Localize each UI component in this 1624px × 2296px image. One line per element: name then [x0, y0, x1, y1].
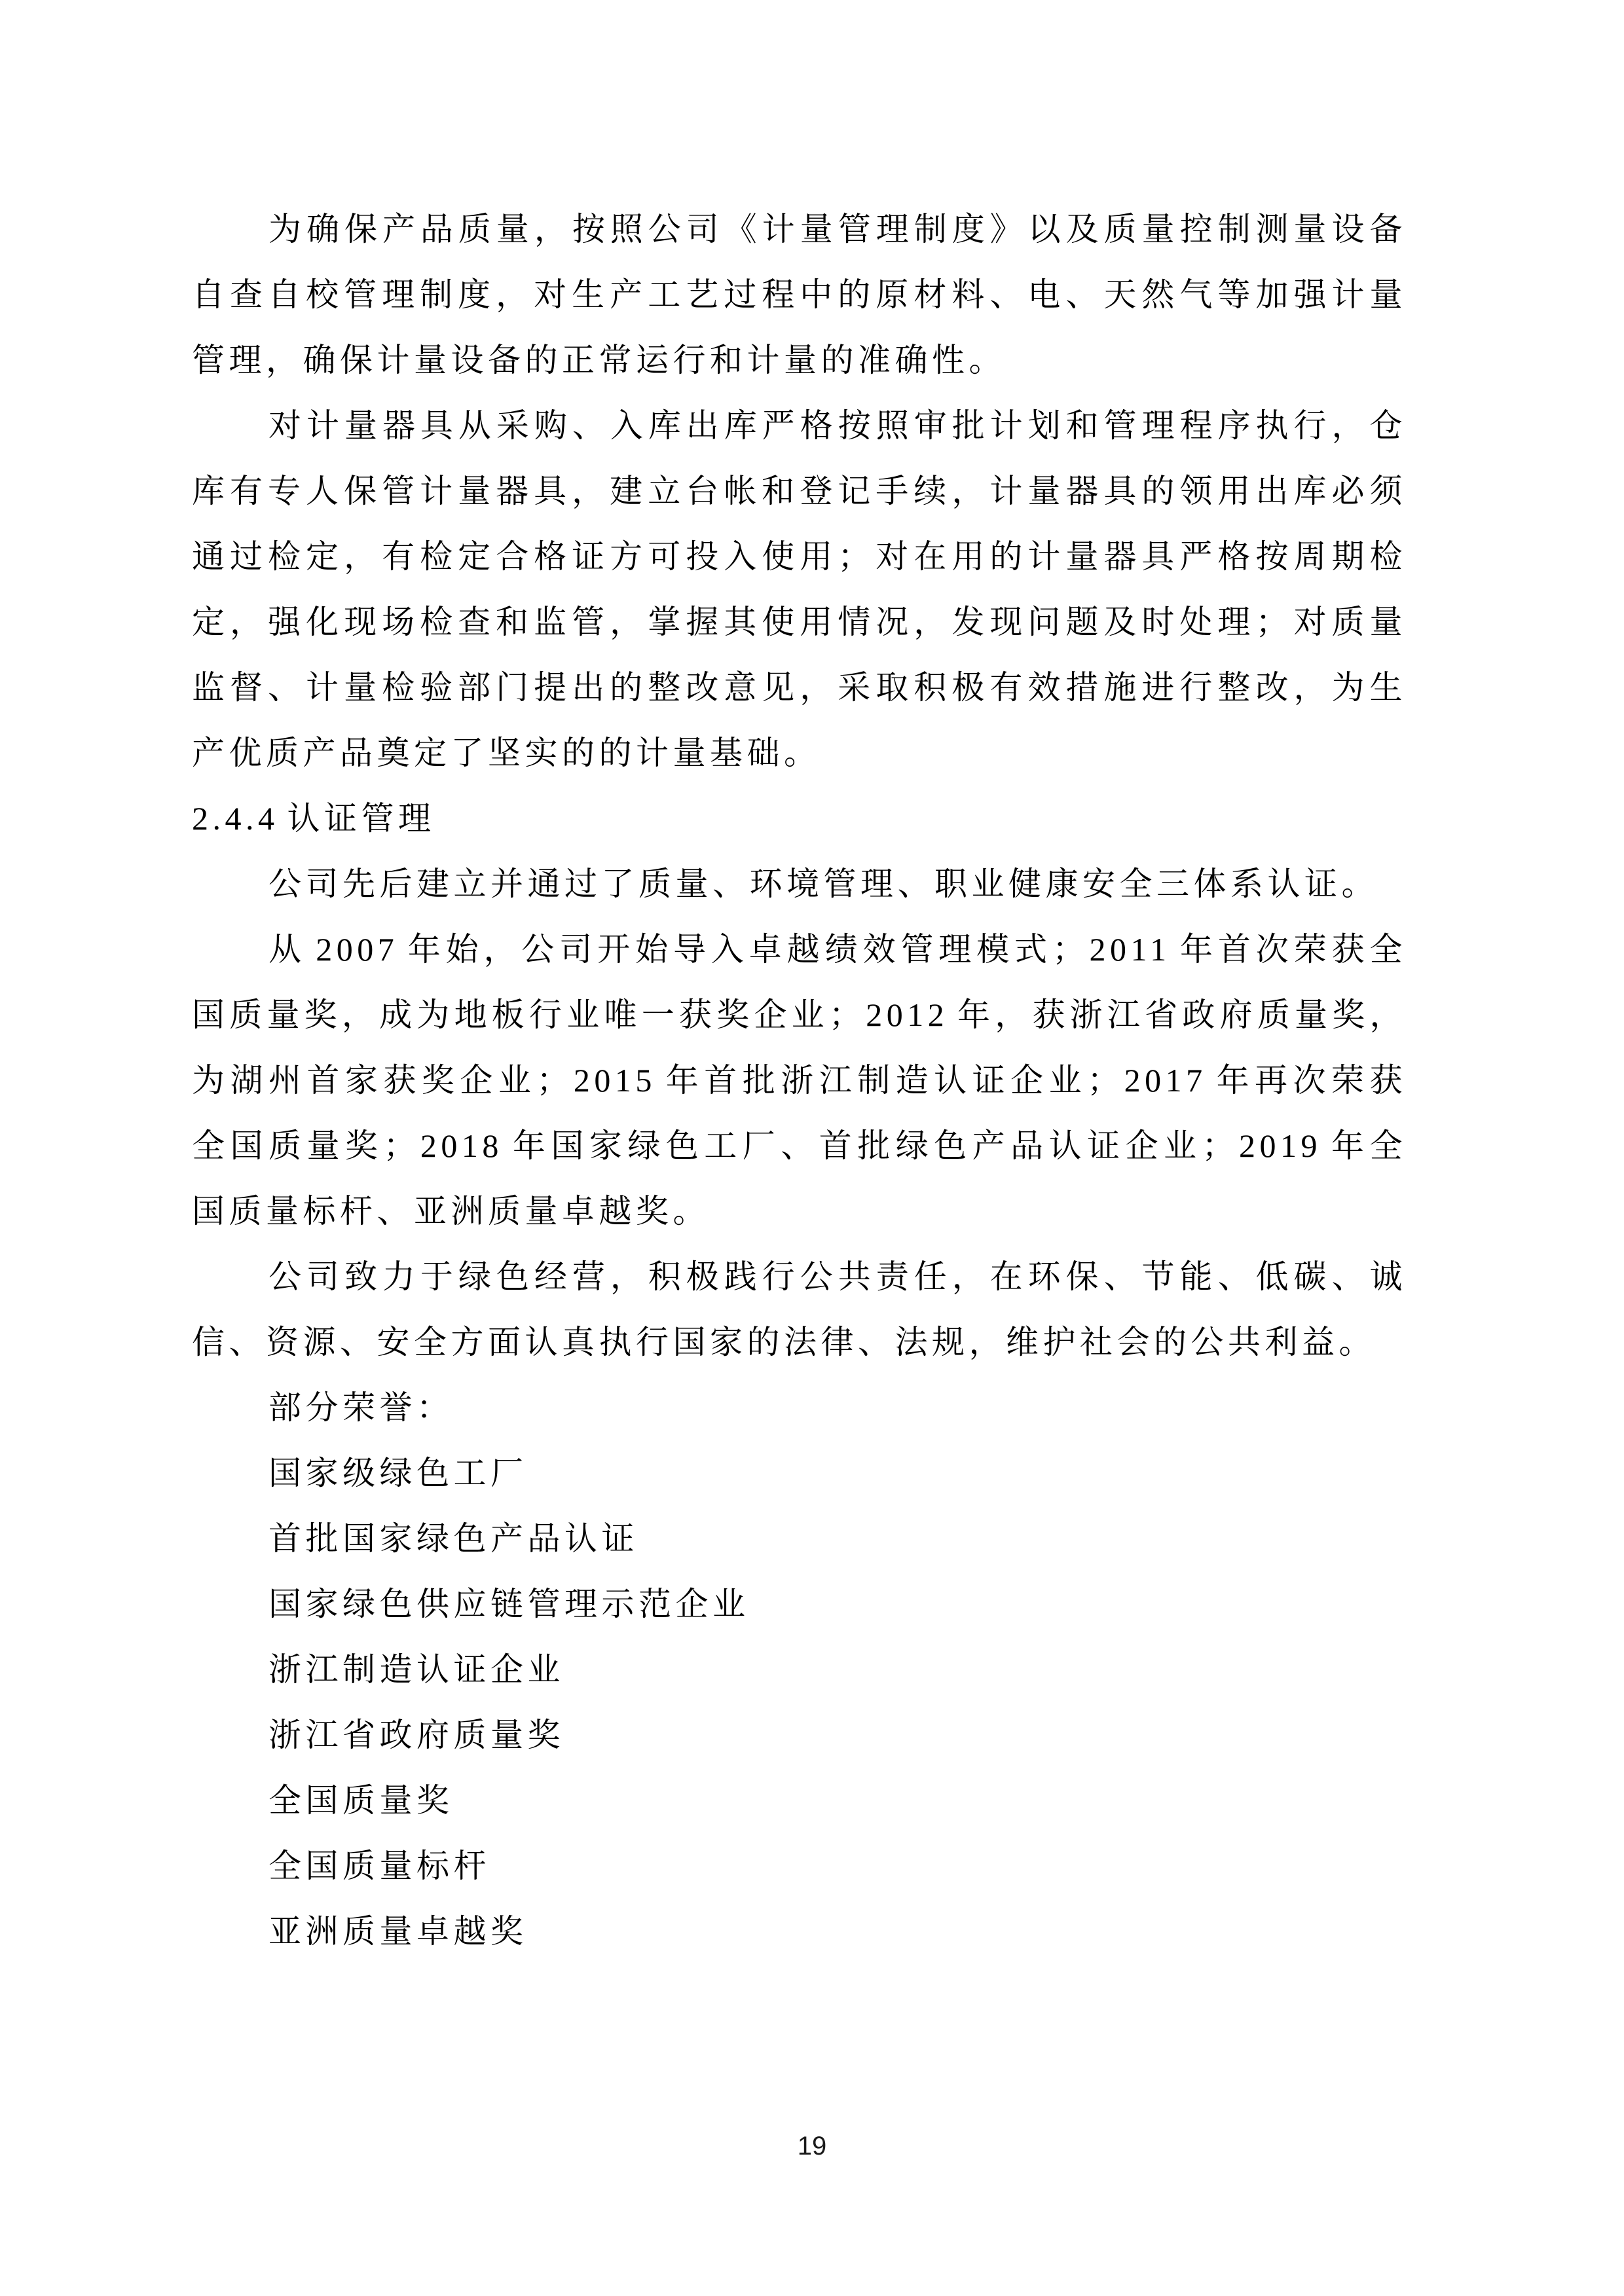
paragraph-awards-timeline: 从 2007 年始，公司开始导入卓越绩效管理模式；2011 年首次荣获全国质量奖… [192, 917, 1407, 1244]
honor-item-national-quality-award: 全国质量奖 [192, 1768, 1407, 1833]
honor-item-zhejiang-government-quality-award: 浙江省政府质量奖 [192, 1702, 1407, 1768]
honor-item-asia-quality-excellence-award: 亚洲质量卓越奖 [192, 1899, 1407, 1964]
honor-item-first-national-green-product: 首批国家绿色产品认证 [192, 1506, 1407, 1571]
page-footer: 19 [0, 2130, 1624, 2162]
paragraph-green-operation: 公司致力于绿色经营，积极践行公共责任，在环保、节能、低碳、诚信、资源、安全方面认… [192, 1244, 1407, 1375]
honor-item-zhejiang-manufacturing-cert: 浙江制造认证企业 [192, 1637, 1407, 1702]
section-heading-certification-management: 2.4.4 认证管理 [192, 786, 1407, 851]
honors-list: 国家级绿色工厂 首批国家绿色产品认证 国家绿色供应链管理示范企业 浙江制造认证企… [192, 1440, 1407, 1964]
page-number: 19 [798, 2132, 827, 2160]
paragraph-certification-systems: 公司先后建立并通过了质量、环境管理、职业健康安全三体系认证。 [192, 851, 1407, 917]
paragraph-metrology-management: 对计量器具从采购、入库出库严格按照审批计划和管理程序执行，仓库有专人保管计量器具… [192, 393, 1407, 786]
honor-item-national-green-factory: 国家级绿色工厂 [192, 1440, 1407, 1506]
honor-item-green-supply-chain-demo: 国家绿色供应链管理示范企业 [192, 1571, 1407, 1637]
document-page: 为确保产品质量，按照公司《计量管理制度》以及质量控制测量设备自查自校管理制度，对… [0, 0, 1624, 2296]
document-body: 为确保产品质量，按照公司《计量管理制度》以及质量控制测量设备自查自校管理制度，对… [192, 196, 1407, 1964]
paragraph-metrology-intro: 为确保产品质量，按照公司《计量管理制度》以及质量控制测量设备自查自校管理制度，对… [192, 196, 1407, 393]
honors-label: 部分荣誉： [192, 1375, 1407, 1440]
honor-item-national-quality-benchmark: 全国质量标杆 [192, 1833, 1407, 1899]
